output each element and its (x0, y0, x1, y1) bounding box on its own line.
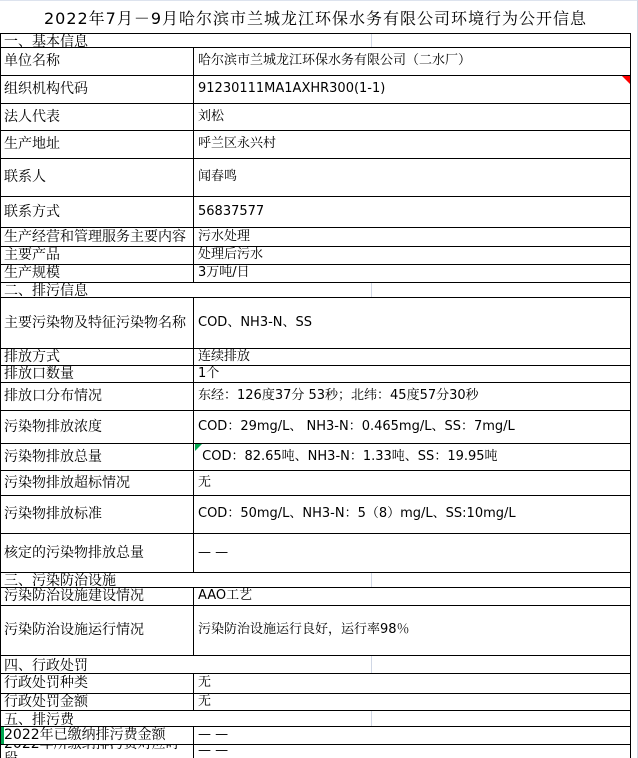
info-table: 一、基本信息单位名称哈尔滨市兰城龙江环保水务有限公司（二水厂）组织机构代码912… (0, 33, 631, 758)
table-row: 污染防治设施运行情况污染防治设施运行良好，运行率98％ (1, 606, 630, 656)
row-value: COD：29mg/L、 NH3-N：0.465mg/L、SS：7mg/L (194, 411, 630, 443)
comment-indicator-icon (622, 76, 630, 84)
row-label: 2022年所缴纳排污费对应时段 (1, 745, 194, 758)
row-label: 污染物排放总量 (1, 444, 194, 470)
table-row: 污染物排放浓度COD：29mg/L、 NH3-N：0.465mg/L、SS：7m… (1, 411, 630, 444)
row-label: 2022年已缴纳排污费金额 (1, 727, 194, 744)
column-gridline (371, 656, 372, 673)
row-label: 核定的污染物排放总量 (1, 534, 194, 572)
row-label: 污染物排放标准 (1, 496, 194, 533)
row-value: 闻春鸣 (194, 159, 630, 196)
table-row: 主要产品处理后污水 (1, 247, 630, 265)
row-label: 行政处罚种类 (1, 674, 194, 693)
table-row: 单位名称哈尔滨市兰城龙江环保水务有限公司（二水厂） (1, 48, 630, 76)
row-label: 主要产品 (1, 247, 194, 264)
table-row: 生产地址呼兰区永兴村 (1, 131, 630, 159)
row-label: 生产经营和管理服务主要内容 (1, 228, 194, 246)
table-row: 2022年所缴纳排污费对应时段— — (1, 745, 630, 758)
row-label: 污染物排放浓度 (1, 411, 194, 443)
row-label: 排放方式 (1, 349, 194, 365)
section-heading: 五、排污费 (1, 711, 74, 726)
table-row: 行政处罚金额无 (1, 694, 630, 711)
row-label: 单位名称 (1, 48, 194, 75)
section-heading: 一、基本信息 (1, 34, 88, 47)
table-row: 排放方式连续排放 (1, 349, 630, 366)
row-label: 排放口数量 (1, 366, 194, 382)
table-row: 联系方式56837577 (1, 197, 630, 228)
section-row: 二、排污信息 (1, 283, 630, 298)
column-gridline (371, 573, 372, 587)
section-heading: 三、污染防治设施 (1, 573, 116, 587)
table-row: 核定的污染物排放总量— — (1, 534, 630, 573)
row-value: 连续排放 (194, 349, 630, 365)
row-value: — — (194, 745, 630, 758)
row-label: 联系人 (1, 159, 194, 196)
row-value: 3万吨/日 (194, 265, 630, 282)
row-value: 污水处理 (194, 228, 630, 246)
row-label: 主要污染物及特征污染物名称 (1, 298, 194, 348)
row-value: 哈尔滨市兰城龙江环保水务有限公司（二水厂） (194, 48, 630, 75)
row-value: 呼兰区永兴村 (194, 131, 630, 158)
row-label: 排放口分布情况 (1, 383, 194, 410)
table-row: 污染物排放标准COD：50mg/L、NH3-N：5（8）mg/L、SS:10mg… (1, 496, 630, 534)
row-label: 组织机构代码 (1, 76, 194, 103)
row-value: 1个 (194, 366, 630, 382)
column-gridline (371, 34, 372, 47)
row-value: COD：50mg/L、NH3-N：5（8）mg/L、SS:10mg/L (194, 496, 630, 533)
table-row: 联系人闻春鸣 (1, 159, 630, 197)
table-row: 主要污染物及特征污染物名称COD、NH3-N、SS (1, 298, 630, 349)
row-label: 生产地址 (1, 131, 194, 158)
row-label: 污染防治设施运行情况 (1, 606, 194, 655)
row-value: 污染防治设施运行良好，运行率98％ (194, 606, 630, 655)
row-label: 法人代表 (1, 104, 194, 130)
row-value: — — (194, 727, 630, 744)
table-row: 污染物排放总量 COD：82.65吨、NH3-N：1.33吨、SS：19.95吨 (1, 444, 630, 471)
row-value: 91230111MA1AXHR300(1-1) (194, 76, 630, 103)
table-row: 行政处罚种类无 (1, 674, 630, 694)
table-row: 2022年已缴纳排污费金额— — (1, 727, 630, 745)
row-value: 刘松 (194, 104, 630, 130)
column-gridline (371, 711, 372, 726)
row-value: COD、NH3-N、SS (194, 298, 630, 348)
row-value: — — (194, 534, 630, 572)
table-row: 污染物排放超标情况无 (1, 471, 630, 496)
row-value: COD：82.65吨、NH3-N：1.33吨、SS：19.95吨 (194, 444, 630, 470)
row-value: AAO工艺 (194, 588, 630, 605)
row-value: 无 (194, 694, 630, 710)
row-label: 联系方式 (1, 197, 194, 227)
table-row: 排放口分布情况东经：126度37分 53秒；北纬：45度57分30秒 (1, 383, 630, 411)
section-row: 一、基本信息 (1, 34, 630, 48)
page-title: 2022年7月－9月哈尔滨市兰城龙江环保水务有限公司环境行为公开信息 (0, 1, 631, 33)
row-value: 无 (194, 471, 630, 495)
row-label: 污染防治设施建设情况 (1, 588, 194, 605)
row-value: 56837577 (194, 197, 630, 227)
row-label: 污染物排放超标情况 (1, 471, 194, 495)
table-row: 生产经营和管理服务主要内容污水处理 (1, 228, 630, 247)
table-row: 组织机构代码91230111MA1AXHR300(1-1) (1, 76, 630, 104)
section-heading: 四、行政处罚 (1, 656, 88, 673)
error-indicator-icon (195, 444, 202, 451)
section-heading: 二、排污信息 (1, 283, 88, 297)
table-row: 污染防治设施建设情况AAO工艺 (1, 588, 630, 606)
row-value: 无 (194, 674, 630, 693)
row-value: 东经：126度37分 53秒；北纬：45度57分30秒 (194, 383, 630, 410)
table-row: 排放口数量1个 (1, 366, 630, 383)
section-row: 四、行政处罚 (1, 656, 630, 674)
table-row: 生产规模3万吨/日 (1, 265, 630, 283)
section-row: 五、排污费 (1, 711, 630, 727)
flag-indicator-bar (1, 727, 4, 744)
spreadsheet-page: 2022年7月－9月哈尔滨市兰城龙江环保水务有限公司环境行为公开信息 一、基本信… (0, 0, 638, 758)
column-gridline (371, 283, 372, 297)
table-row: 法人代表刘松 (1, 104, 630, 131)
section-row: 三、污染防治设施 (1, 573, 630, 588)
row-value: 处理后污水 (194, 247, 630, 264)
